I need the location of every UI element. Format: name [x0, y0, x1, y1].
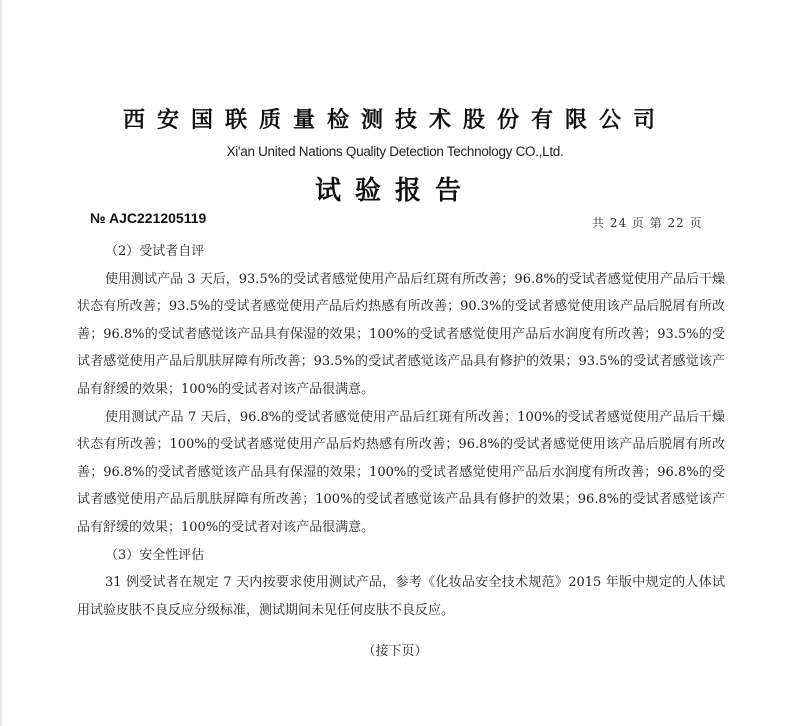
section-heading-safety: （3）安全性评估: [77, 542, 725, 570]
company-name-cn: 西安国联质量检测技术股份有限公司: [0, 103, 790, 134]
page-info: 共 24 页 第 22 页: [592, 214, 703, 231]
paragraph-safety: 31 例受试者在规定 7 天内按要求使用测试产品，参考《化妆品安全技术规范》20…: [77, 569, 725, 624]
report-title: 试验报告: [0, 170, 790, 207]
continued-note: （接下页）: [0, 640, 790, 659]
section-heading-self-evaluation: （2）受试者自评: [77, 238, 725, 266]
paragraph-day7: 使用测试产品 7 天后，96.8%的受试者感觉使用产品后红斑有所改善；100%的…: [77, 404, 725, 542]
company-name-en: Xi'an United Nations Quality Detection T…: [0, 144, 790, 159]
paragraph-day3: 使用测试产品 3 天后，93.5%的受试者感觉使用产品后红斑有所改善；96.8%…: [77, 266, 725, 404]
report-number: № AJC221205119: [90, 210, 206, 226]
report-body: （2）受试者自评 使用测试产品 3 天后，93.5%的受试者感觉使用产品后红斑有…: [77, 238, 725, 624]
